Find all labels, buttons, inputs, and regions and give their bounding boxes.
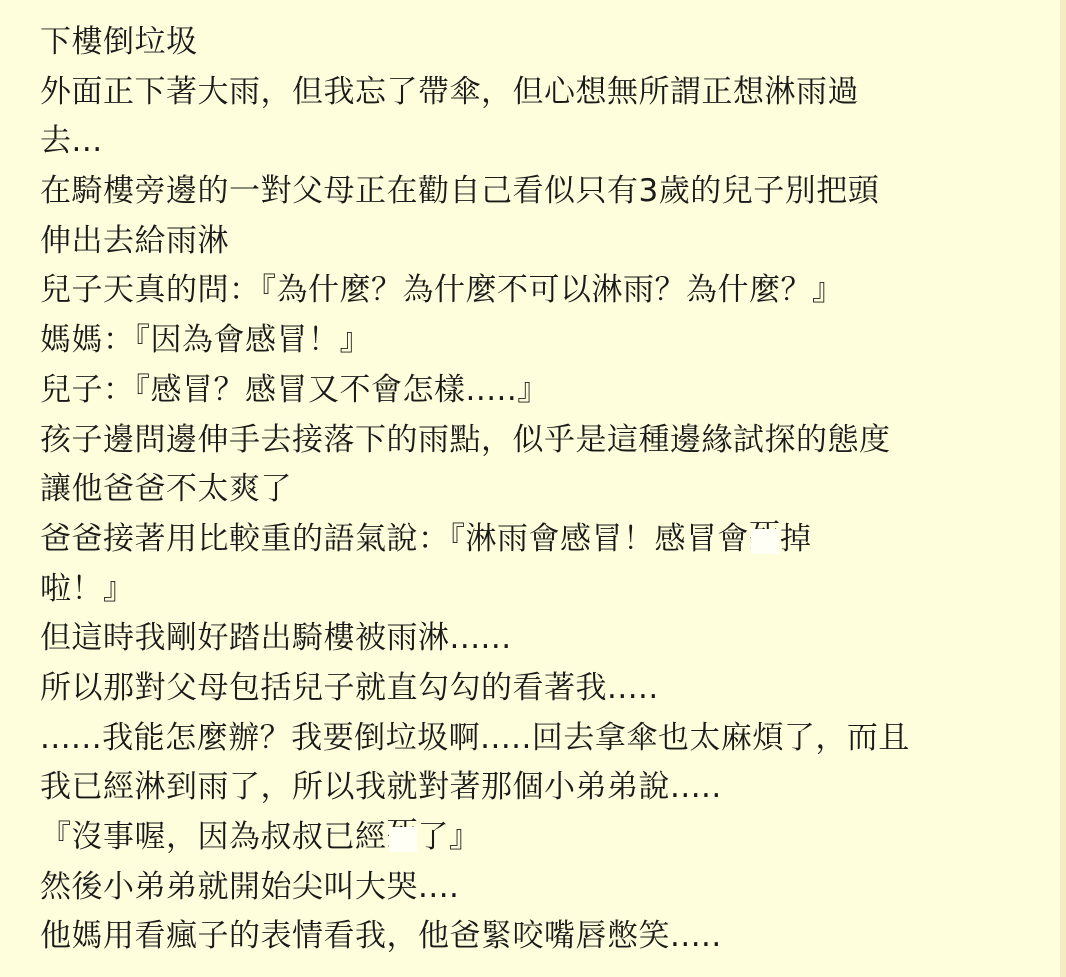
text-line: 媽媽：『因為會感冒！』 bbox=[40, 316, 1040, 366]
text-line: 在騎樓旁邊的一對父母正在勸自己看似只有3歲的兒子別把頭 bbox=[40, 167, 1040, 217]
redacted-character: 死 bbox=[387, 818, 418, 852]
text-line: 但這時我剛好踏出騎樓被雨淋...... bbox=[40, 614, 1040, 664]
text-line: 讓他爸爸不太爽了 bbox=[40, 465, 1040, 515]
text-line: 他媽用看瘋子的表情看我，他爸緊咬嘴唇憋笑..... bbox=[40, 912, 1040, 962]
text-line: 兒子：『感冒？感冒又不會怎樣.....』 bbox=[40, 366, 1040, 416]
text-line-with-redaction: 『沒事喔，因為叔叔已經死了』 bbox=[40, 813, 1040, 863]
text-segment: 『沒事喔，因為叔叔已經 bbox=[40, 819, 387, 855]
text-line: 然後小弟弟就開始尖叫大哭.... bbox=[40, 863, 1040, 913]
redacted-character: 死 bbox=[749, 520, 780, 554]
redaction-mask bbox=[389, 827, 417, 852]
text-line: 兒子天真的問：『為什麼？為什麼不可以淋雨？為什麼？』 bbox=[40, 266, 1040, 316]
text-line: 孩子邊問邊伸手去接落下的雨點，似乎是這種邊緣試探的態度 bbox=[40, 416, 1040, 466]
text-segment: 了』 bbox=[418, 819, 481, 855]
text-line-with-redaction: 爸爸接著用比較重的語氣說：『淋雨會感冒！感冒會死掉 bbox=[40, 515, 1040, 565]
text-segment: 掉 bbox=[780, 521, 812, 557]
text-line: 我已經淋到雨了，所以我就對著那個小弟弟說..... bbox=[40, 763, 1040, 813]
text-line: ......我能怎麼辦？我要倒垃圾啊.....回去拿傘也太麻煩了，而且 bbox=[40, 714, 1040, 764]
post-title-line: 下樓倒垃圾 bbox=[40, 18, 1040, 68]
redaction-mask bbox=[751, 529, 779, 554]
story-text-post: 下樓倒垃圾 外面正下著大雨，但我忘了帶傘，但心想無所謂正想淋雨過 去... 在騎… bbox=[40, 18, 1040, 962]
text-line: 外面正下著大雨，但我忘了帶傘，但心想無所謂正想淋雨過 bbox=[40, 68, 1040, 118]
text-line: 去... bbox=[40, 117, 1040, 167]
image-edge-strip bbox=[1060, 0, 1066, 977]
text-line: 伸出去給雨淋 bbox=[40, 217, 1040, 267]
text-segment: 爸爸接著用比較重的語氣說：『淋雨會感冒！感冒會 bbox=[40, 521, 749, 557]
text-line: 所以那對父母包括兒子就直勾勾的看著我..... bbox=[40, 664, 1040, 714]
text-line: 啦！』 bbox=[40, 565, 1040, 615]
